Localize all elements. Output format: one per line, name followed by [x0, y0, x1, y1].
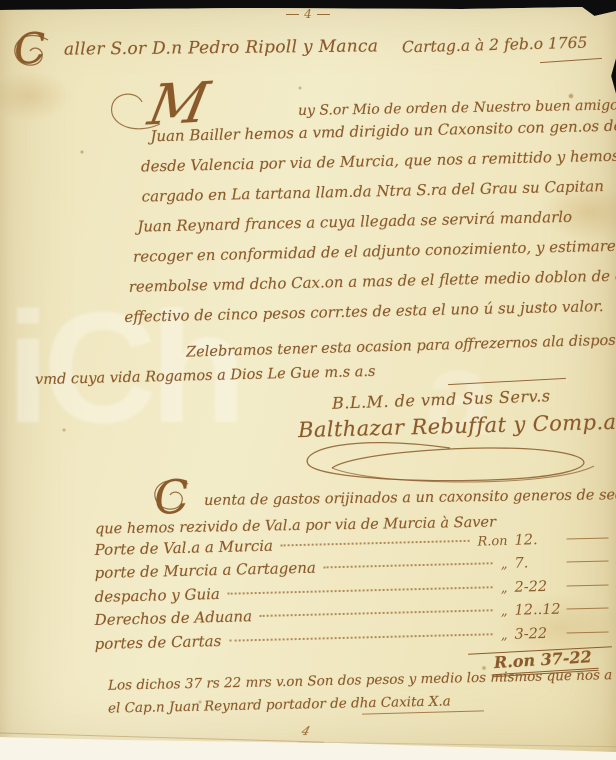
expense-label: despacho y Guia	[94, 585, 220, 606]
dateline: Cartag.a à 2 feb.o 1765	[402, 34, 588, 57]
account-heading-initial: C	[152, 469, 191, 525]
postscript-line: Los dichos 37 rs 22 mrs v.on Son dos pes…	[108, 666, 616, 693]
closing-formula: B.L.M. de vmd Sus Serv.s	[332, 386, 551, 413]
addressee-line: aller S.or D.n Pedro Ripoll y Manca	[64, 36, 378, 59]
leader-tail-dash	[567, 584, 609, 586]
folio-dash-left	[286, 14, 299, 15]
expense-amount: 2-22	[514, 578, 566, 595]
expense-amount: 12.	[514, 531, 566, 548]
letter-body-paragraph: Juan Bailler hemos a vmd dirigido un Cax…	[120, 111, 616, 332]
dotted-leader	[281, 540, 470, 547]
dateline-underline	[540, 58, 602, 63]
page-number-top: 4	[0, 7, 616, 21]
letter-line: vmd cuya vida Rogamos a Dios Le Gue m.s …	[35, 364, 376, 388]
expense-label: Derechos de Aduana	[94, 607, 252, 629]
dotted-leader	[229, 633, 493, 641]
document-page: iCh a 4 C aller S.or D.n Pedro Ripoll y …	[0, 0, 616, 760]
expense-label: portes de Cartas	[94, 632, 221, 653]
flourish-line	[362, 710, 484, 714]
dotted-leader	[324, 562, 493, 568]
expense-amount: 3-22	[514, 625, 566, 642]
leader-tail-dash	[567, 631, 609, 633]
total-amount: 37-22	[540, 647, 592, 669]
currency-mark: „	[501, 557, 508, 572]
expense-label: Porte de Val.a a Murcia	[94, 537, 273, 559]
leader-tail-dash	[567, 560, 609, 562]
currency-mark: R.on	[477, 534, 507, 550]
folio-dash-right	[317, 14, 330, 15]
dotted-leader	[228, 586, 493, 594]
leader-tail-dash	[567, 607, 609, 609]
page-number-bottom: 4	[300, 724, 312, 738]
currency-mark: „	[501, 581, 508, 596]
folio-number: 4	[304, 7, 312, 21]
account-heading-line: uenta de gastos orijinados a un caxonsit…	[204, 487, 616, 509]
addressee-initial: C	[12, 23, 47, 74]
letter-line: Zelebramos tener esta ocasion para offre…	[186, 331, 616, 360]
currency-mark: „	[501, 604, 508, 619]
expense-amount: 7.	[514, 554, 566, 571]
manuscript-scan: iCh a 4 C aller S.or D.n Pedro Ripoll y …	[0, 0, 616, 760]
expense-amount: 12..12	[514, 601, 566, 618]
dotted-leader	[260, 609, 493, 617]
flourish-line	[448, 378, 566, 385]
signature-flourish	[290, 438, 612, 490]
currency-mark: „	[501, 628, 508, 643]
leader-tail-dash	[567, 537, 609, 539]
